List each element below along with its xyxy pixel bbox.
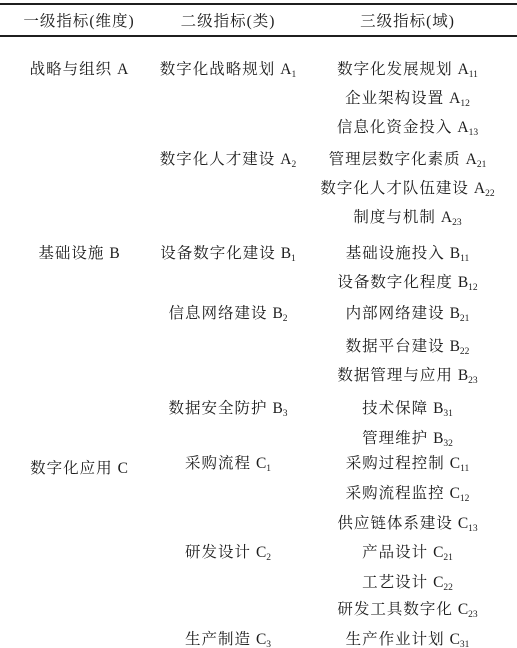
level3-indicator-text: 供应链体系建设 bbox=[337, 515, 453, 532]
level3-indicator-code: A13 bbox=[457, 119, 478, 136]
level3-indicator-cell: 生产作业计划C31 bbox=[298, 627, 517, 648]
level2-indicator-code: C2 bbox=[256, 544, 271, 561]
table-body: 战略与组织A数字化战略规划A1数字化发展规划A11企业架构设置A12信息化资金投… bbox=[0, 37, 517, 648]
level3-indicator-cell: 设备数字化程度B12 bbox=[298, 270, 517, 292]
level1-indicator-cell: 数字化应用C bbox=[0, 456, 158, 478]
level3-indicator-text: 基础设施投入 bbox=[346, 245, 445, 262]
level3-indicator-code: C21 bbox=[433, 544, 453, 561]
level3-indicator-cell: 工艺设计C22 bbox=[298, 570, 517, 592]
level2-indicator-text: 数字化战略规划 bbox=[160, 61, 276, 78]
level3-indicator-code: C12 bbox=[450, 485, 470, 502]
level3-indicator-code: C23 bbox=[458, 601, 478, 618]
table-row: 制度与机制A23 bbox=[0, 201, 517, 230]
level3-indicator-text: 工艺设计 bbox=[362, 574, 428, 591]
level3-indicator-cell: 基础设施投入B11 bbox=[298, 241, 517, 263]
level1-indicator-code: C bbox=[118, 460, 128, 477]
level3-indicator-code: B23 bbox=[458, 367, 478, 384]
table-row: 数字化人才队伍建设A22 bbox=[0, 172, 517, 201]
level3-indicator-code: B22 bbox=[450, 338, 470, 355]
table-row: 战略与组织A数字化战略规划A1数字化发展规划A11 bbox=[0, 53, 517, 82]
level2-indicator-text: 信息网络建设 bbox=[168, 305, 267, 322]
level3-indicator-code: B11 bbox=[450, 245, 470, 262]
indicator-table: 一级指标(维度) 二级指标(类) 三级指标(域) 战略与组织A数字化战略规划A1… bbox=[0, 0, 517, 648]
level3-indicator-cell: 信息化资金投入A13 bbox=[298, 115, 517, 137]
level2-indicator-cell: 设备数字化建设B1 bbox=[158, 241, 298, 263]
level1-indicator-code: A bbox=[117, 61, 128, 78]
level3-indicator-cell: 管理层数字化素质A21 bbox=[298, 147, 517, 169]
level2-indicator-text: 数据安全防护 bbox=[168, 400, 267, 417]
table-row: 数字化人才建设A2管理层数字化素质A21 bbox=[0, 143, 517, 172]
level3-indicator-text: 数字化发展规划 bbox=[337, 61, 453, 78]
level2-indicator-code: B3 bbox=[272, 400, 287, 417]
level3-indicator-cell: 采购流程监控C12 bbox=[298, 481, 517, 503]
level3-indicator-text: 产品设计 bbox=[362, 544, 428, 561]
level3-indicator-cell: 数字化人才队伍建设A22 bbox=[298, 176, 517, 198]
table-row: 生产制造C3生产作业计划C31 bbox=[0, 623, 517, 648]
level2-indicator-text: 采购流程 bbox=[185, 455, 251, 472]
level2-indicator-cell: 数字化人才建设A2 bbox=[158, 147, 298, 169]
level3-indicator-text: 数据管理与应用 bbox=[337, 367, 453, 384]
level3-indicator-text: 制度与机制 bbox=[353, 209, 436, 226]
level2-indicator-text: 设备数字化建设 bbox=[160, 245, 276, 262]
level3-indicator-code: C22 bbox=[433, 574, 453, 591]
level2-indicator-code: C3 bbox=[256, 631, 271, 648]
table-row: 供应链体系建设C13 bbox=[0, 507, 517, 536]
level3-indicator-code: A22 bbox=[474, 180, 495, 197]
level2-indicator-cell: 生产制造C3 bbox=[158, 627, 298, 648]
table-header-row: 一级指标(维度) 二级指标(类) 三级指标(域) bbox=[0, 5, 517, 35]
table-row: 企业架构设置A12 bbox=[0, 82, 517, 111]
level3-indicator-text: 管理维护 bbox=[362, 430, 428, 447]
level3-indicator-cell: 内部网络建设B21 bbox=[298, 301, 517, 323]
level3-indicator-cell: 数字化发展规划A11 bbox=[298, 57, 517, 79]
level2-indicator-text: 数字化人才建设 bbox=[160, 151, 276, 168]
level1-indicator-code: B bbox=[109, 245, 119, 262]
level2-indicator-cell: 采购流程C1 bbox=[158, 451, 298, 473]
level3-indicator-code: C13 bbox=[458, 515, 478, 532]
level1-indicator-text: 战略与组织 bbox=[30, 61, 113, 78]
level2-indicator-text: 研发设计 bbox=[185, 544, 251, 561]
level3-indicator-cell: 产品设计C21 bbox=[298, 540, 517, 562]
level3-indicator-code: B12 bbox=[458, 274, 478, 291]
level2-indicator-cell: 数字化战略规划A1 bbox=[158, 57, 298, 79]
level1-indicator-text: 基础设施 bbox=[38, 245, 104, 262]
level3-indicator-text: 研发工具数字化 bbox=[337, 601, 453, 618]
level3-indicator-cell: 数据平台建设B22 bbox=[298, 334, 517, 356]
level3-indicator-text: 采购过程控制 bbox=[346, 455, 445, 472]
table-row: 信息网络建设B2内部网络建设B21 bbox=[0, 297, 517, 326]
level3-indicator-code: B32 bbox=[433, 430, 453, 447]
level1-indicator-cell: 战略与组织A bbox=[0, 57, 158, 79]
table-row: 数据管理与应用B23 bbox=[0, 359, 517, 388]
level3-indicator-text: 采购流程监控 bbox=[346, 485, 445, 502]
column-header-level1: 一级指标(维度) bbox=[0, 9, 158, 31]
table-row: 采购流程监控C12 bbox=[0, 477, 517, 506]
table-row: 设备数字化程度B12 bbox=[0, 266, 517, 295]
level3-indicator-cell: 数据管理与应用B23 bbox=[298, 363, 517, 385]
level3-indicator-text: 企业架构设置 bbox=[345, 90, 444, 107]
level3-indicator-text: 生产作业计划 bbox=[346, 631, 445, 648]
level2-indicator-code: B2 bbox=[272, 305, 287, 322]
column-header-level2: 二级指标(类) bbox=[158, 9, 298, 31]
table-row: 数据平台建设B22 bbox=[0, 330, 517, 359]
level2-indicator-cell: 信息网络建设B2 bbox=[158, 301, 298, 323]
level3-indicator-cell: 制度与机制A23 bbox=[298, 205, 517, 227]
level3-indicator-cell: 供应链体系建设C13 bbox=[298, 511, 517, 533]
table-row: 数字化应用C采购流程C1采购过程控制C11 bbox=[0, 447, 517, 476]
level2-indicator-code: A1 bbox=[280, 61, 296, 78]
level2-indicator-text: 生产制造 bbox=[185, 631, 251, 648]
level3-indicator-cell: 研发工具数字化C23 bbox=[298, 597, 517, 619]
level3-indicator-code: A12 bbox=[449, 90, 470, 107]
level2-indicator-code: C1 bbox=[256, 455, 271, 472]
table-row: 基础设施B设备数字化建设B1基础设施投入B11 bbox=[0, 237, 517, 266]
column-header-level3: 三级指标(域) bbox=[298, 9, 517, 31]
level2-indicator-code: A2 bbox=[280, 151, 296, 168]
level2-indicator-cell: 数据安全防护B3 bbox=[158, 396, 298, 418]
table-row: 工艺设计C22 bbox=[0, 566, 517, 595]
level3-indicator-text: 数字化人才队伍建设 bbox=[320, 180, 469, 197]
level3-indicator-text: 内部网络建设 bbox=[346, 305, 445, 322]
table-row: 数据安全防护B3技术保障B31 bbox=[0, 392, 517, 421]
level3-indicator-code: A11 bbox=[458, 61, 478, 78]
table-row: 研发工具数字化C23 bbox=[0, 593, 517, 622]
level3-indicator-cell: 采购过程控制C11 bbox=[298, 451, 517, 473]
level3-indicator-cell: 技术保障B31 bbox=[298, 396, 517, 418]
level1-indicator-cell: 基础设施B bbox=[0, 241, 158, 263]
table-row: 信息化资金投入A13 bbox=[0, 111, 517, 140]
level3-indicator-code: C11 bbox=[450, 455, 470, 472]
level3-indicator-text: 管理层数字化素质 bbox=[329, 151, 461, 168]
level3-indicator-text: 数据平台建设 bbox=[346, 338, 445, 355]
level3-indicator-cell: 管理维护B32 bbox=[298, 426, 517, 448]
level3-indicator-code: C31 bbox=[450, 631, 470, 648]
level3-indicator-code: A21 bbox=[466, 151, 487, 168]
level2-indicator-code: B1 bbox=[281, 245, 296, 262]
level2-indicator-cell: 研发设计C2 bbox=[158, 540, 298, 562]
level3-indicator-code: B31 bbox=[433, 400, 453, 417]
level3-indicator-cell: 企业架构设置A12 bbox=[298, 86, 517, 108]
level3-indicator-code: A23 bbox=[441, 209, 462, 226]
level1-indicator-text: 数字化应用 bbox=[30, 460, 113, 477]
level3-indicator-code: B21 bbox=[450, 305, 470, 322]
level3-indicator-text: 技术保障 bbox=[362, 400, 428, 417]
level3-indicator-text: 设备数字化程度 bbox=[337, 274, 453, 291]
table-row: 研发设计C2产品设计C21 bbox=[0, 536, 517, 565]
level3-indicator-text: 信息化资金投入 bbox=[337, 119, 453, 136]
